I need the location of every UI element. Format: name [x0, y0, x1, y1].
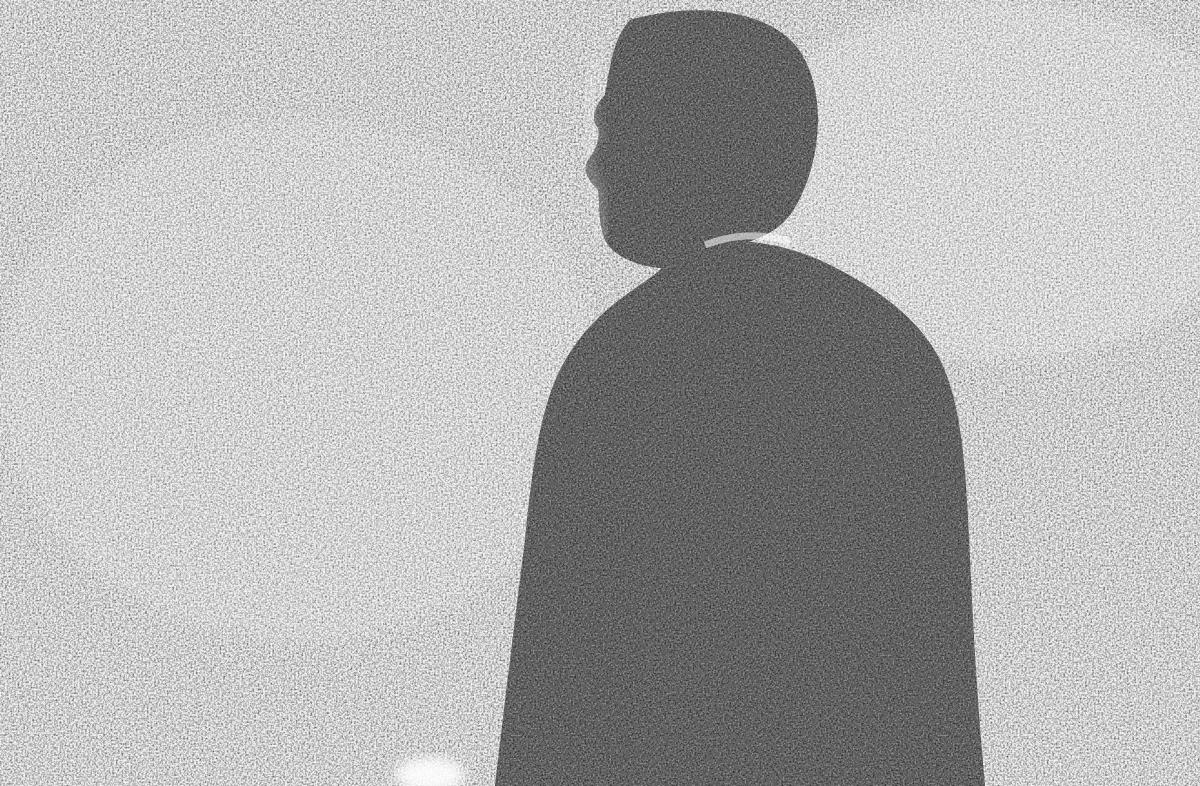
light-haze: [0, 120, 600, 640]
grainy-silhouette-image: [0, 0, 1200, 786]
photograph: Grainy black-and-white photograph of a d…: [0, 0, 1200, 786]
